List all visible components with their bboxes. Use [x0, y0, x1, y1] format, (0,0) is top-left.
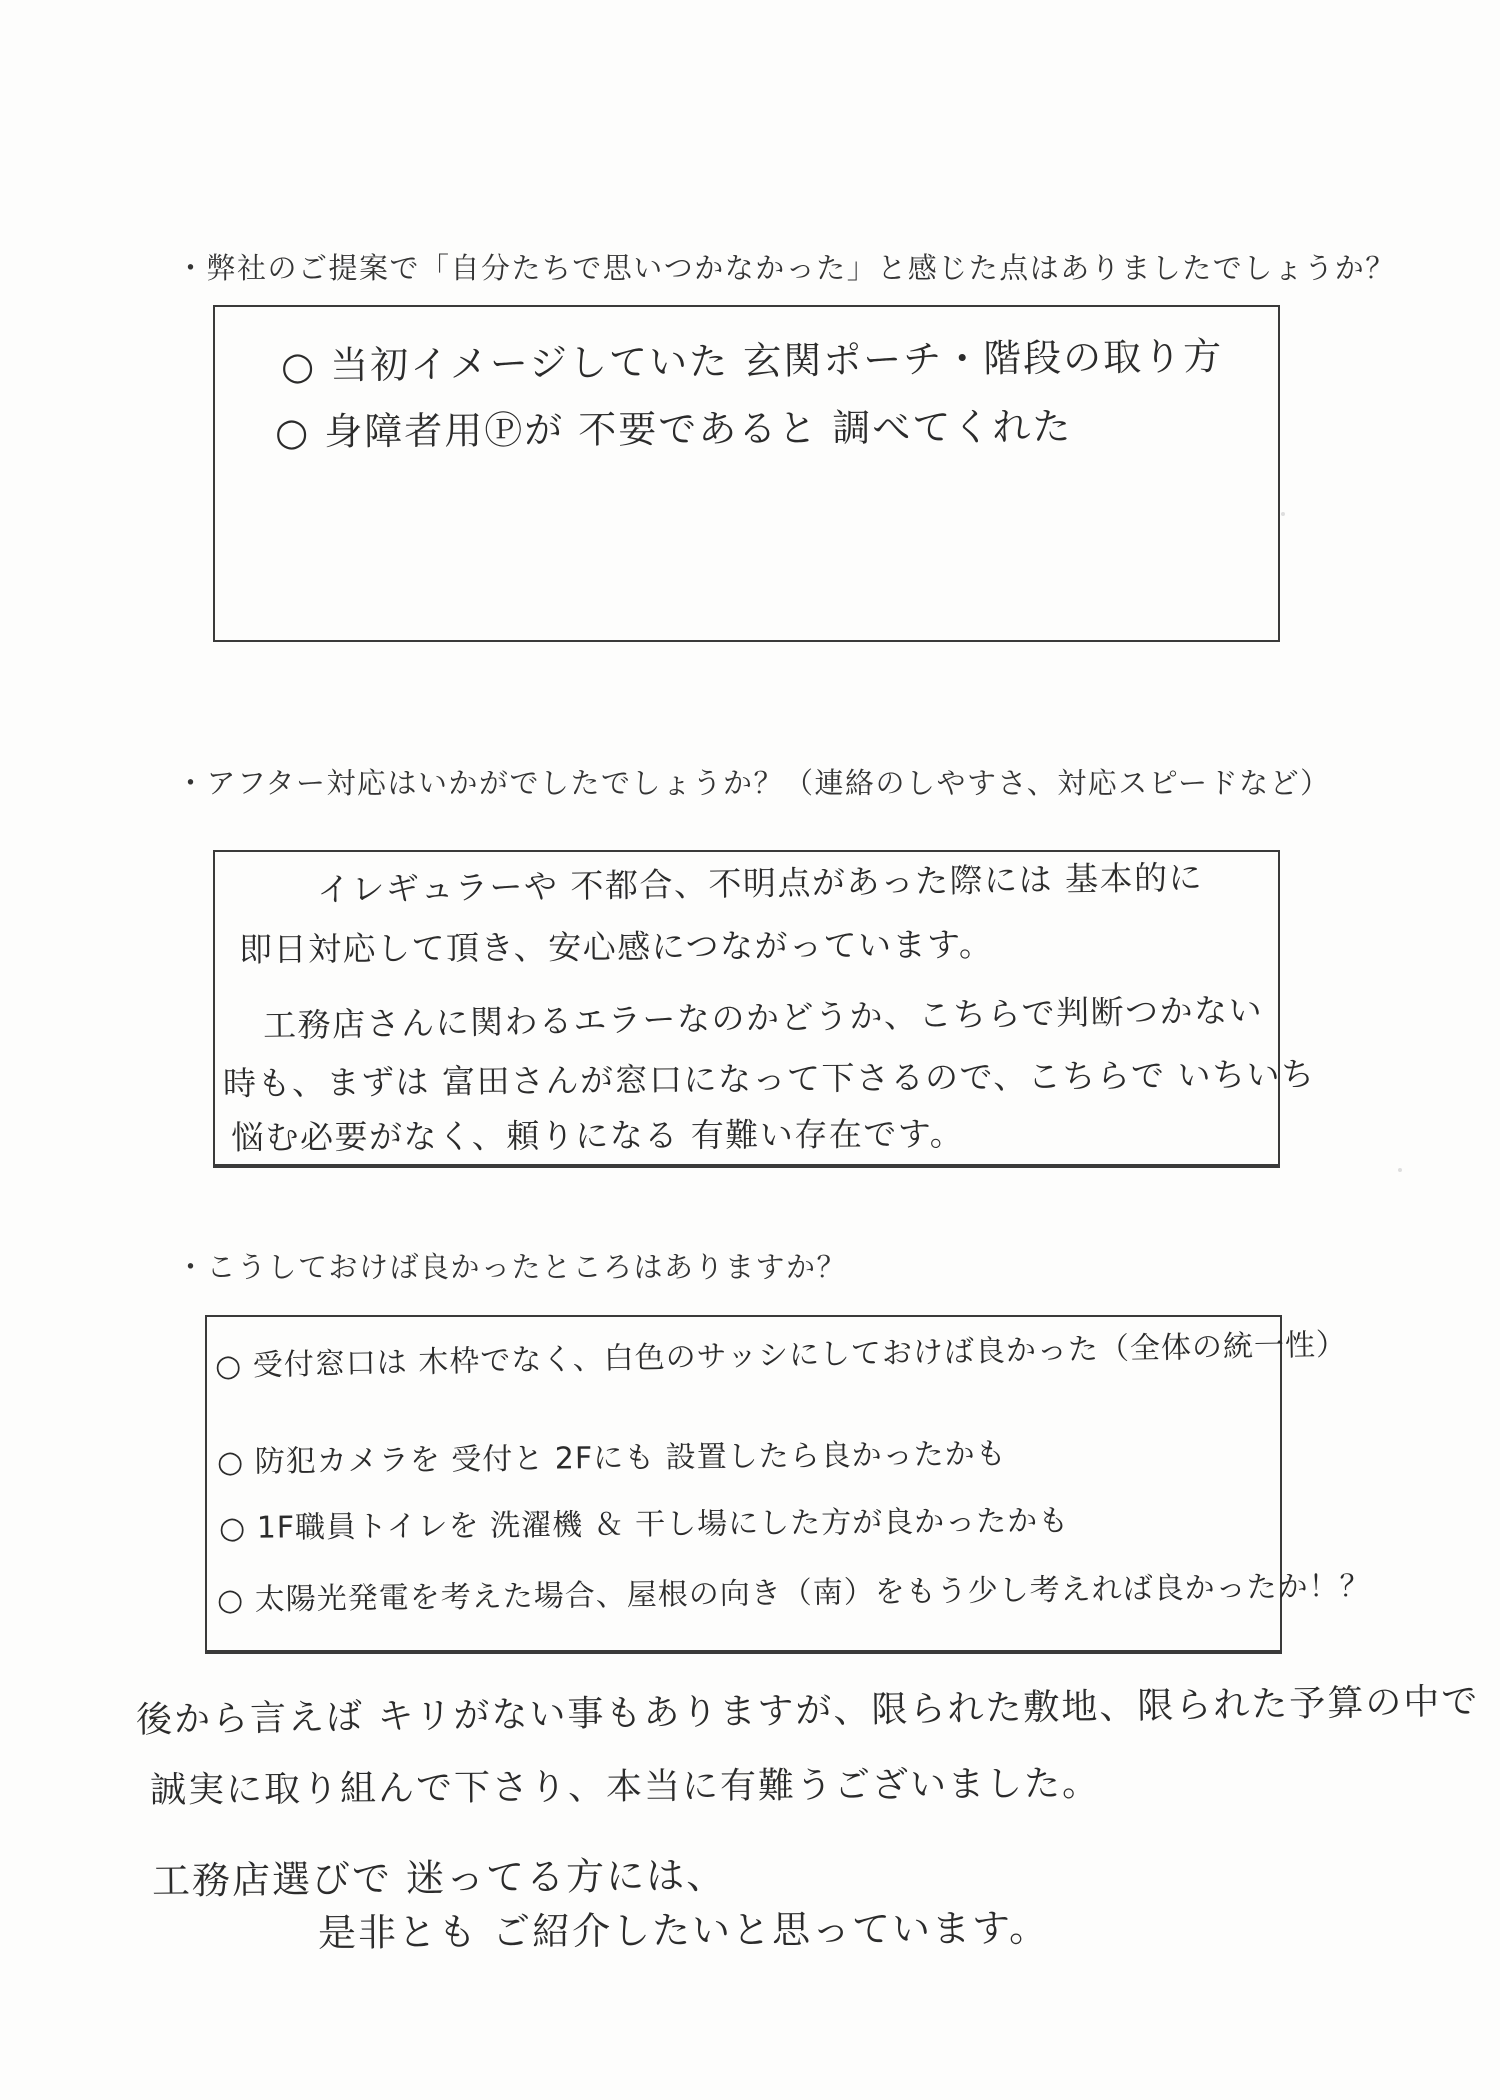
closing-paragraph-line: 後から言えば キリがない事もありますが、限られた敷地、限られた予算の中で: [136, 1673, 1480, 1743]
scan-speck: [1281, 512, 1285, 516]
handwritten-answer-line: ○ 太陽光発電を考えた場合、屋根の向き（南）をもう少し考えれば良かったか！？: [217, 1561, 1371, 1619]
closing-paragraph-line: 誠実に取り組んで下さり、本当に有難うございました。: [150, 1755, 1100, 1813]
handwritten-answer-line: 即日対応して頂き、安心感につながっています。: [239, 919, 994, 971]
question-proposal: ・弊社のご提案で「自分たちで思いつかなかった」と感じた点はありましたでしょうか？: [176, 246, 1396, 287]
question-after-service: ・アフター対応はいかがでしたでしょうか？（連絡のしやすさ、対応スピードなど）: [176, 761, 1331, 802]
answer-box-after-service: イレギュラーや 不都合、不明点があった際には 基本的に 即日対応して頂き、安心感…: [213, 850, 1280, 1168]
handwritten-answer-line: ○ 1F職員トイレを 洗濯機 ＆ 干し場にした方が良かったかも: [219, 1496, 1070, 1547]
closing-final-line: 工務店選びで 迷ってる方には、: [152, 1844, 727, 1905]
handwritten-answer-line: 工務店さんに関わるエラーなのかどうか、こちらで判断つかない: [263, 984, 1264, 1047]
handwritten-answer-line: ○ 受付窓口は 木枠でなく、白色のサッシにしておけば良かった（全体の統一性）: [215, 1319, 1348, 1385]
handwritten-answer-line: イレギュラーや 不都合、不明点があった際には 基本的に: [317, 852, 1204, 911]
handwritten-answer-line: ○ 身障者用Ⓟが 不要であると 調べてくれた: [275, 395, 1073, 456]
answer-box-improvements: ○ 受付窓口は 木枠でなく、白色のサッシにしておけば良かった（全体の統一性） ○…: [205, 1315, 1282, 1654]
handwritten-answer-line: ○ 防犯カメラを 受付と 2Fにも 設置したら良かったかも: [217, 1429, 1007, 1481]
scanned-questionnaire-page: ・弊社のご提案で「自分たちで思いつかなかった」と感じた点はありましたでしょうか？…: [0, 0, 1500, 2100]
handwritten-answer-line: ○ 当初イメージしていた 玄関ポーチ・階段の取り方: [281, 325, 1224, 390]
handwritten-answer-line: 悩む必要がなく、頼りになる 有難い存在です。: [231, 1108, 964, 1159]
scan-speck: [1398, 1168, 1402, 1172]
question-improvements: ・こうしておけば良かったところはありますか？: [176, 1245, 847, 1286]
answer-box-proposal: ○ 当初イメージしていた 玄関ポーチ・階段の取り方 ○ 身障者用Ⓟが 不要である…: [213, 305, 1280, 642]
handwritten-answer-line: 時も、まずは 富田さんが窓口になって下さるので、こちらで いちいち: [223, 1048, 1316, 1105]
closing-final-line: 是非とも ご紹介したいと思っています。: [318, 1897, 1049, 1957]
